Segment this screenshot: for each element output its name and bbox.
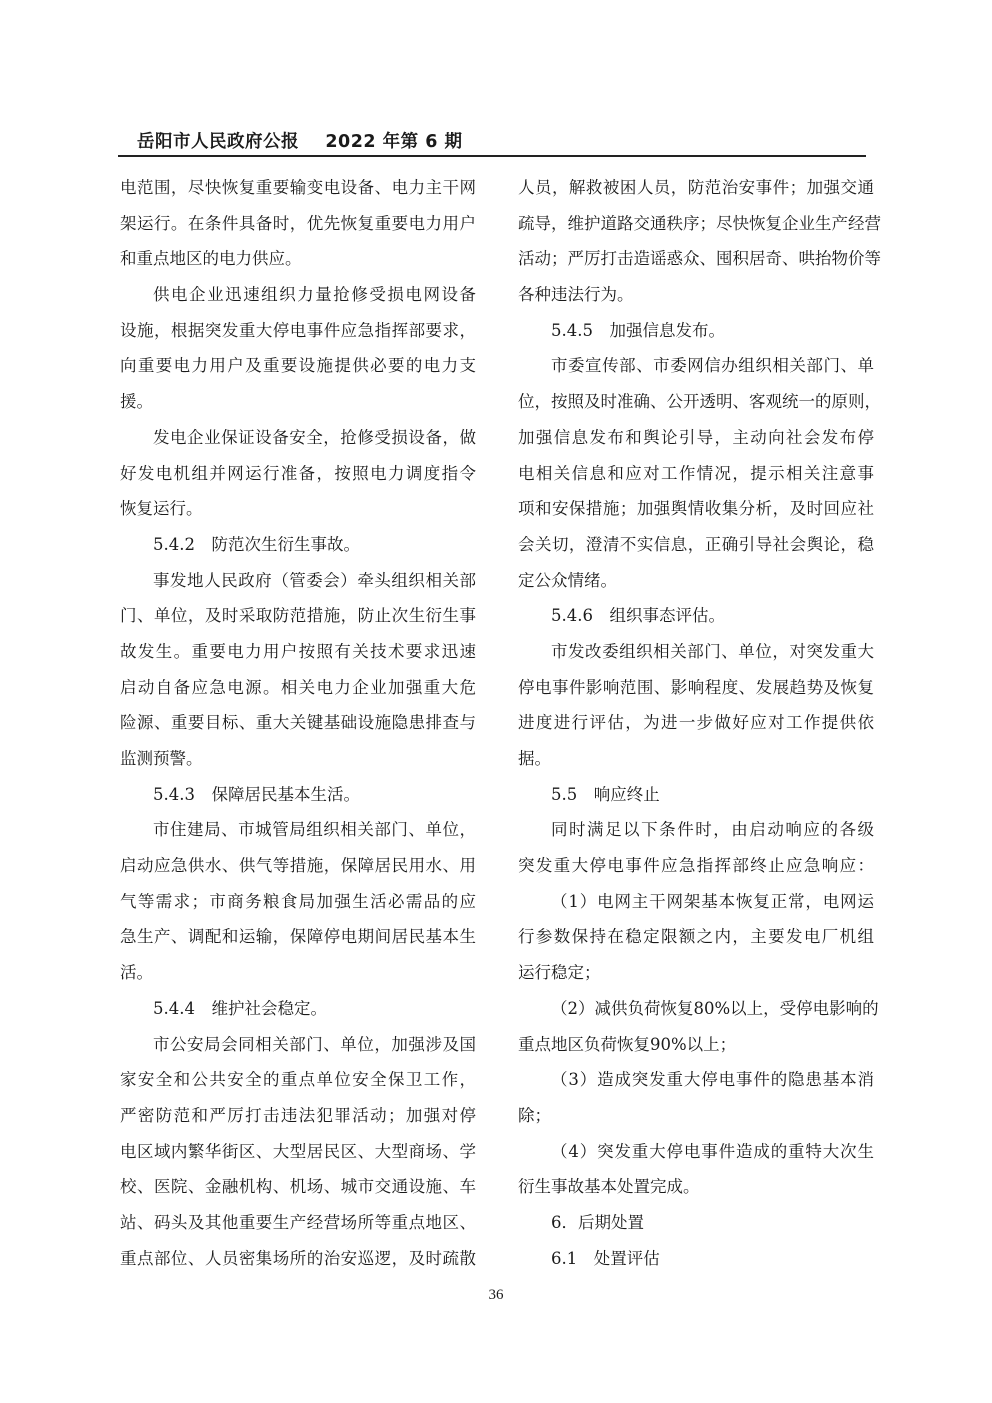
text-line: 启动应急供水、供气等措施，保障居民用水、用 <box>120 848 476 884</box>
text-line: 设施，根据突发重大停电事件应急指挥部要求， <box>120 313 476 349</box>
text-line: （1）电网主干网架基本恢复正常，电网运 <box>518 884 874 920</box>
text-line: 电相关信息和应对工作情况，提示相关注意事 <box>518 456 874 492</box>
section-heading: 6．后期处置 <box>518 1205 874 1241</box>
text-line: 市住建局、市城管局组织相关部门、单位， <box>120 812 476 848</box>
section-heading: 5.4.2 防范次生衍生事故。 <box>120 527 476 563</box>
text-line: （2）减供负荷恢复80%以上，受停电影响的 <box>518 991 874 1027</box>
text-line: 门、单位，及时采取防范措施，防止次生衍生事 <box>120 598 476 634</box>
text-line: 定公众情绪。 <box>518 563 874 599</box>
text-line: 供电企业迅速组织力量抢修受损电网设备 <box>120 277 476 313</box>
section-heading: 5.4.6 组织事态评估。 <box>518 598 874 634</box>
header-divider <box>118 155 866 157</box>
text-line: 市发改委组织相关部门、单位，对突发重大 <box>518 634 874 670</box>
text-line: 运行稳定； <box>518 955 874 991</box>
text-line: 活动；严厉打击造谣惑众、囤积居奇、哄抬物价等 <box>518 241 874 277</box>
text-line: 电区域内繁华街区、大型居民区、大型商场、学 <box>120 1134 476 1170</box>
text-line: 向重要电力用户及重要设施提供必要的电力支 <box>120 348 476 384</box>
section-heading: 5.5 响应终止 <box>518 777 874 813</box>
text-line: 停电事件影响范围、影响程度、发展趋势及恢复 <box>518 670 874 706</box>
text-line: 行参数保持在稳定限额之内，主要发电厂机组 <box>518 919 874 955</box>
text-line: 位，按照及时准确、公开透明、客观统一的原则， <box>518 384 874 420</box>
text-line: 加强信息发布和舆论引导，主动向社会发布停 <box>518 420 874 456</box>
text-line: 故发生。重要电力用户按照有关技术要求迅速 <box>120 634 476 670</box>
text-line: 急生产、调配和运输，保障停电期间居民基本生 <box>120 919 476 955</box>
text-line: 突发重大停电事件应急指挥部终止应急响应： <box>518 848 874 884</box>
text-line: 站、码头及其他重要生产经营场所等重点地区、 <box>120 1205 476 1241</box>
text-line: 项和安保措施；加强舆情收集分析，及时回应社 <box>518 491 874 527</box>
publication-header: 岳阳市人民政府公报 2022 年第 6 期 <box>137 128 463 153</box>
left-column: 电范围，尽快恢复重要输变电设备、电力主干网架运行。在条件具备时，优先恢复重要电力… <box>120 170 476 1276</box>
text-line: 援。 <box>120 384 476 420</box>
text-line: 架运行。在条件具备时，优先恢复重要电力用户 <box>120 206 476 242</box>
text-line: 气等需求；市商务粮食局加强生活必需品的应 <box>120 884 476 920</box>
text-line: 同时满足以下条件时，由启动响应的各级 <box>518 812 874 848</box>
text-line: 重点部位、人员密集场所的治安巡逻，及时疏散 <box>120 1241 476 1277</box>
text-line: 会关切，澄清不实信息，正确引导社会舆论，稳 <box>518 527 874 563</box>
text-line: 校、医院、金融机构、机场、城市交通设施、车 <box>120 1169 476 1205</box>
text-line: 市委宣传部、市委网信办组织相关部门、单 <box>518 348 874 384</box>
text-line: 严密防范和严厉打击违法犯罪活动；加强对停 <box>120 1098 476 1134</box>
text-line: 事发地人民政府（管委会）牵头组织相关部 <box>120 563 476 599</box>
section-heading: 5.4.3 保障居民基本生活。 <box>120 777 476 813</box>
text-line: 启动自备应急电源。相关电力企业加强重大危 <box>120 670 476 706</box>
section-heading: 5.4.5 加强信息发布。 <box>518 313 874 349</box>
text-line: 家安全和公共安全的重点单位安全保卫工作， <box>120 1062 476 1098</box>
text-line: （4）突发重大停电事件造成的重特大次生 <box>518 1134 874 1170</box>
text-line: 活。 <box>120 955 476 991</box>
text-line: 疏导，维护道路交通秩序；尽快恢复企业生产经营 <box>518 206 874 242</box>
section-heading: 6.1 处置评估 <box>518 1241 874 1277</box>
text-line: 和重点地区的电力供应。 <box>120 241 476 277</box>
text-line: 重点地区负荷恢复90%以上； <box>518 1027 874 1063</box>
text-line: 市公安局会同相关部门、单位，加强涉及国 <box>120 1027 476 1063</box>
text-line: 恢复运行。 <box>120 491 476 527</box>
text-line: 监测预警。 <box>120 741 476 777</box>
text-line: 险源、重要目标、重大关键基础设施隐患排查与 <box>120 705 476 741</box>
text-line: 好发电机组并网运行准备，按照电力调度指令 <box>120 456 476 492</box>
text-line: 除； <box>518 1098 874 1134</box>
text-line: 人员，解救被困人员，防范治安事件；加强交通 <box>518 170 874 206</box>
text-line: （3）造成突发重大停电事件的隐患基本消 <box>518 1062 874 1098</box>
text-line: 发电企业保证设备安全，抢修受损设备，做 <box>120 420 476 456</box>
section-heading: 5.4.4 维护社会稳定。 <box>120 991 476 1027</box>
text-line: 衍生事故基本处置完成。 <box>518 1169 874 1205</box>
text-line: 进度进行评估，为进一步做好应对工作提供依 <box>518 705 874 741</box>
page-number: 36 <box>0 1287 992 1304</box>
text-line: 据。 <box>518 741 874 777</box>
right-column: 人员，解救被困人员，防范治安事件；加强交通疏导，维护道路交通秩序；尽快恢复企业生… <box>518 170 874 1276</box>
text-line: 各种违法行为。 <box>518 277 874 313</box>
text-line: 电范围，尽快恢复重要输变电设备、电力主干网 <box>120 170 476 206</box>
